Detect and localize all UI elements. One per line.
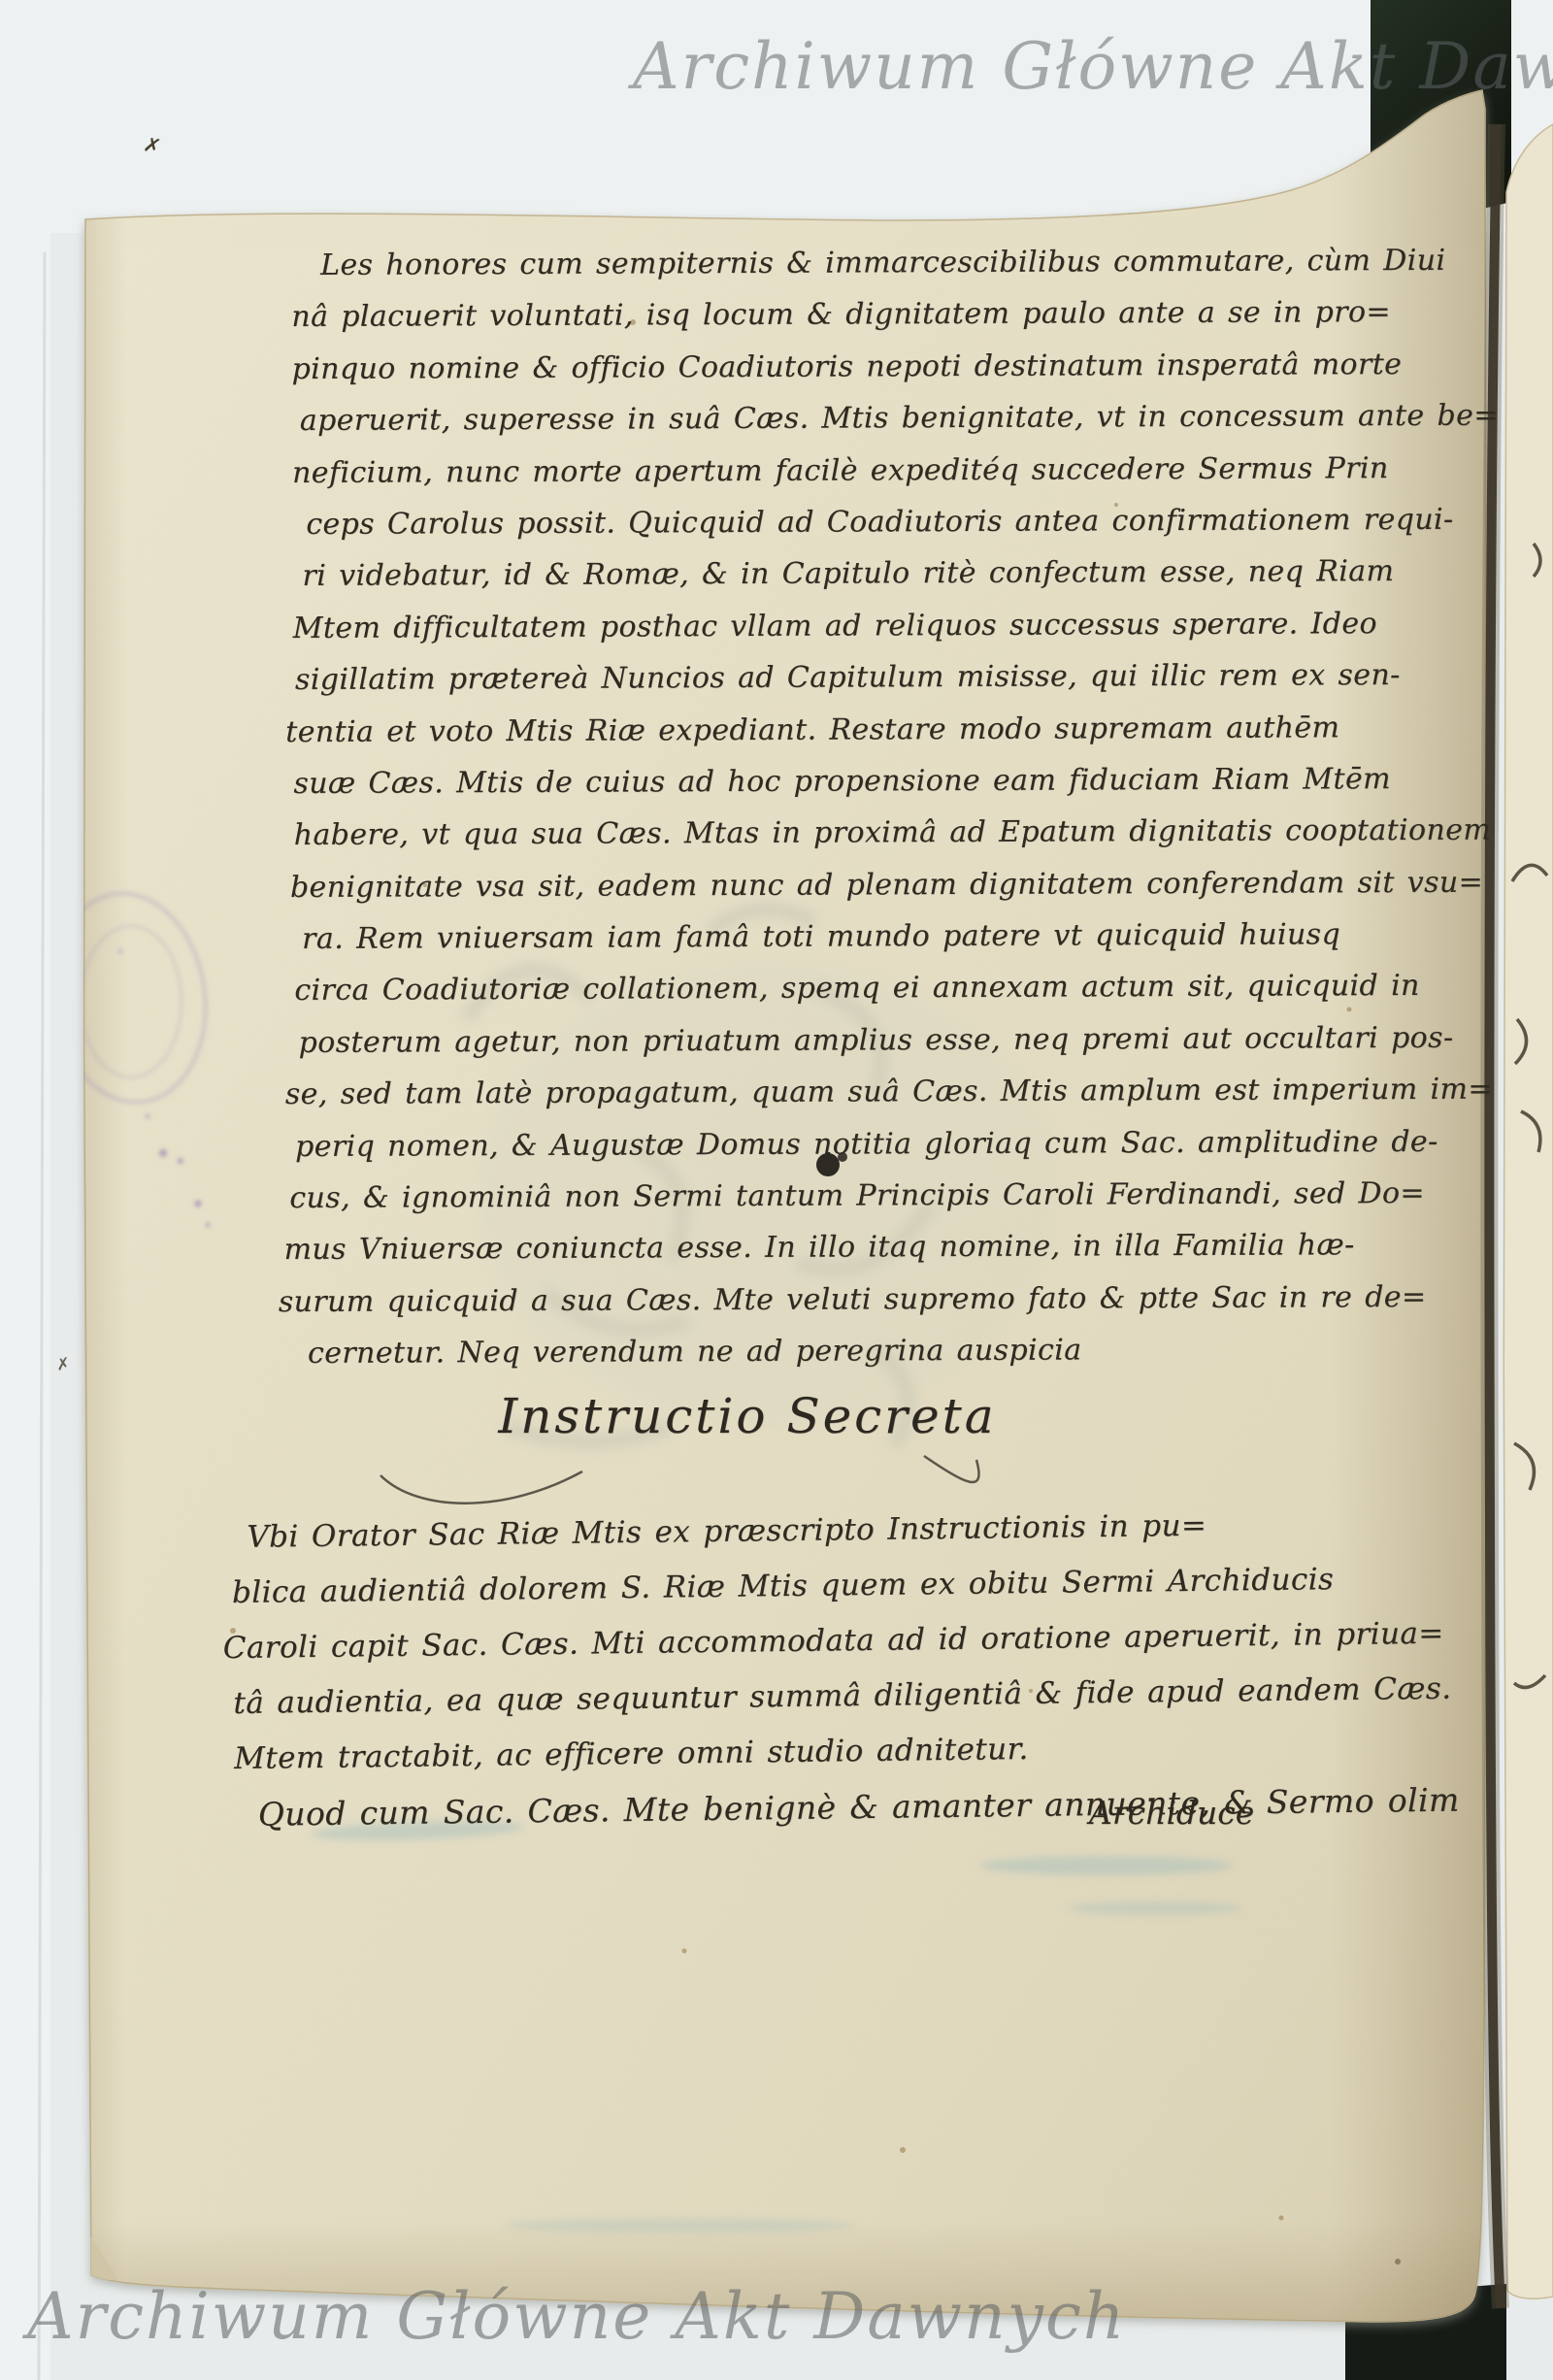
manuscript-line: pinquo nomine & officio Coadiutoris nepo… bbox=[291, 338, 1498, 395]
margin-mark-left: ✗ bbox=[55, 1354, 72, 1375]
catchword: Archiduce bbox=[1089, 1794, 1254, 1832]
manuscript-line: posterum agetur, non priuatum amplius es… bbox=[298, 1011, 1501, 1069]
manuscript-line: cernetur. Neq verendum ne ad peregrina a… bbox=[308, 1323, 1503, 1380]
manuscript-line: periq nomen, & Augustæ Domus notitia glo… bbox=[295, 1115, 1502, 1173]
manuscript-line: Mtem difficultatem posthac vllam ad reli… bbox=[293, 597, 1500, 654]
manuscript-line: ri videbatur, id & Romæ, & in Capitulo r… bbox=[302, 545, 1499, 603]
manuscript-line: surum quicquid a sua Cæs. Mte veluti sup… bbox=[279, 1271, 1503, 1328]
manuscript-line: ra. Rem vniuersam iam famâ toti mundo pa… bbox=[302, 909, 1501, 966]
manuscript-line: circa Coadiutoriæ collationem, spemq ei … bbox=[294, 960, 1501, 1017]
paragraph-1: Les honores cum sempiternis & immarcesci… bbox=[291, 235, 1503, 1380]
scanned-archive-page: { "archive_watermark": { "top_text": "Ar… bbox=[0, 0, 1553, 2380]
section-heading: Instructio Secreta bbox=[243, 1388, 1252, 1444]
manuscript-line: Les honores cum sempiternis & immarcesci… bbox=[320, 235, 1498, 292]
manuscript-line: neficium, nunc morte apertum facilè expe… bbox=[292, 442, 1499, 499]
facing-page-edge bbox=[1503, 124, 1553, 2298]
manuscript-line: mus Vniuersæ coniuncta esse. In illo ita… bbox=[283, 1219, 1502, 1276]
manuscript-line: sigillatim prætereà Nuncios ad Capitulum… bbox=[295, 649, 1500, 707]
manuscript-line: nâ placuerit voluntati, isq locum & dign… bbox=[291, 286, 1498, 344]
manuscript-line: se, sed tam latè propagatum, quam suâ Cæ… bbox=[285, 1064, 1502, 1121]
manuscript-line: habere, vt qua sua Cæs. Mtas in proximâ … bbox=[294, 805, 1501, 862]
manuscript-line: tentia et voto Mtis Riæ expediant. Resta… bbox=[285, 701, 1500, 758]
manuscript-line: cus, & ignominiâ non Sermi tantum Princi… bbox=[289, 1168, 1502, 1225]
manuscript-line: benignitate vsa sit, eadem nunc ad plena… bbox=[290, 856, 1501, 913]
paragraph-2: Vbi Orator Sac Riæ Mtis ex præscripto In… bbox=[231, 1496, 1460, 1842]
manuscript-line: aperuerit, superesse in suâ Cæs. Mtis be… bbox=[300, 390, 1499, 447]
manuscript-line: ceps Carolus possit. Quicquid ad Coadiut… bbox=[306, 494, 1499, 551]
manuscript-line: suæ Cæs. Mtis de cuius ad hoc propension… bbox=[293, 752, 1500, 810]
